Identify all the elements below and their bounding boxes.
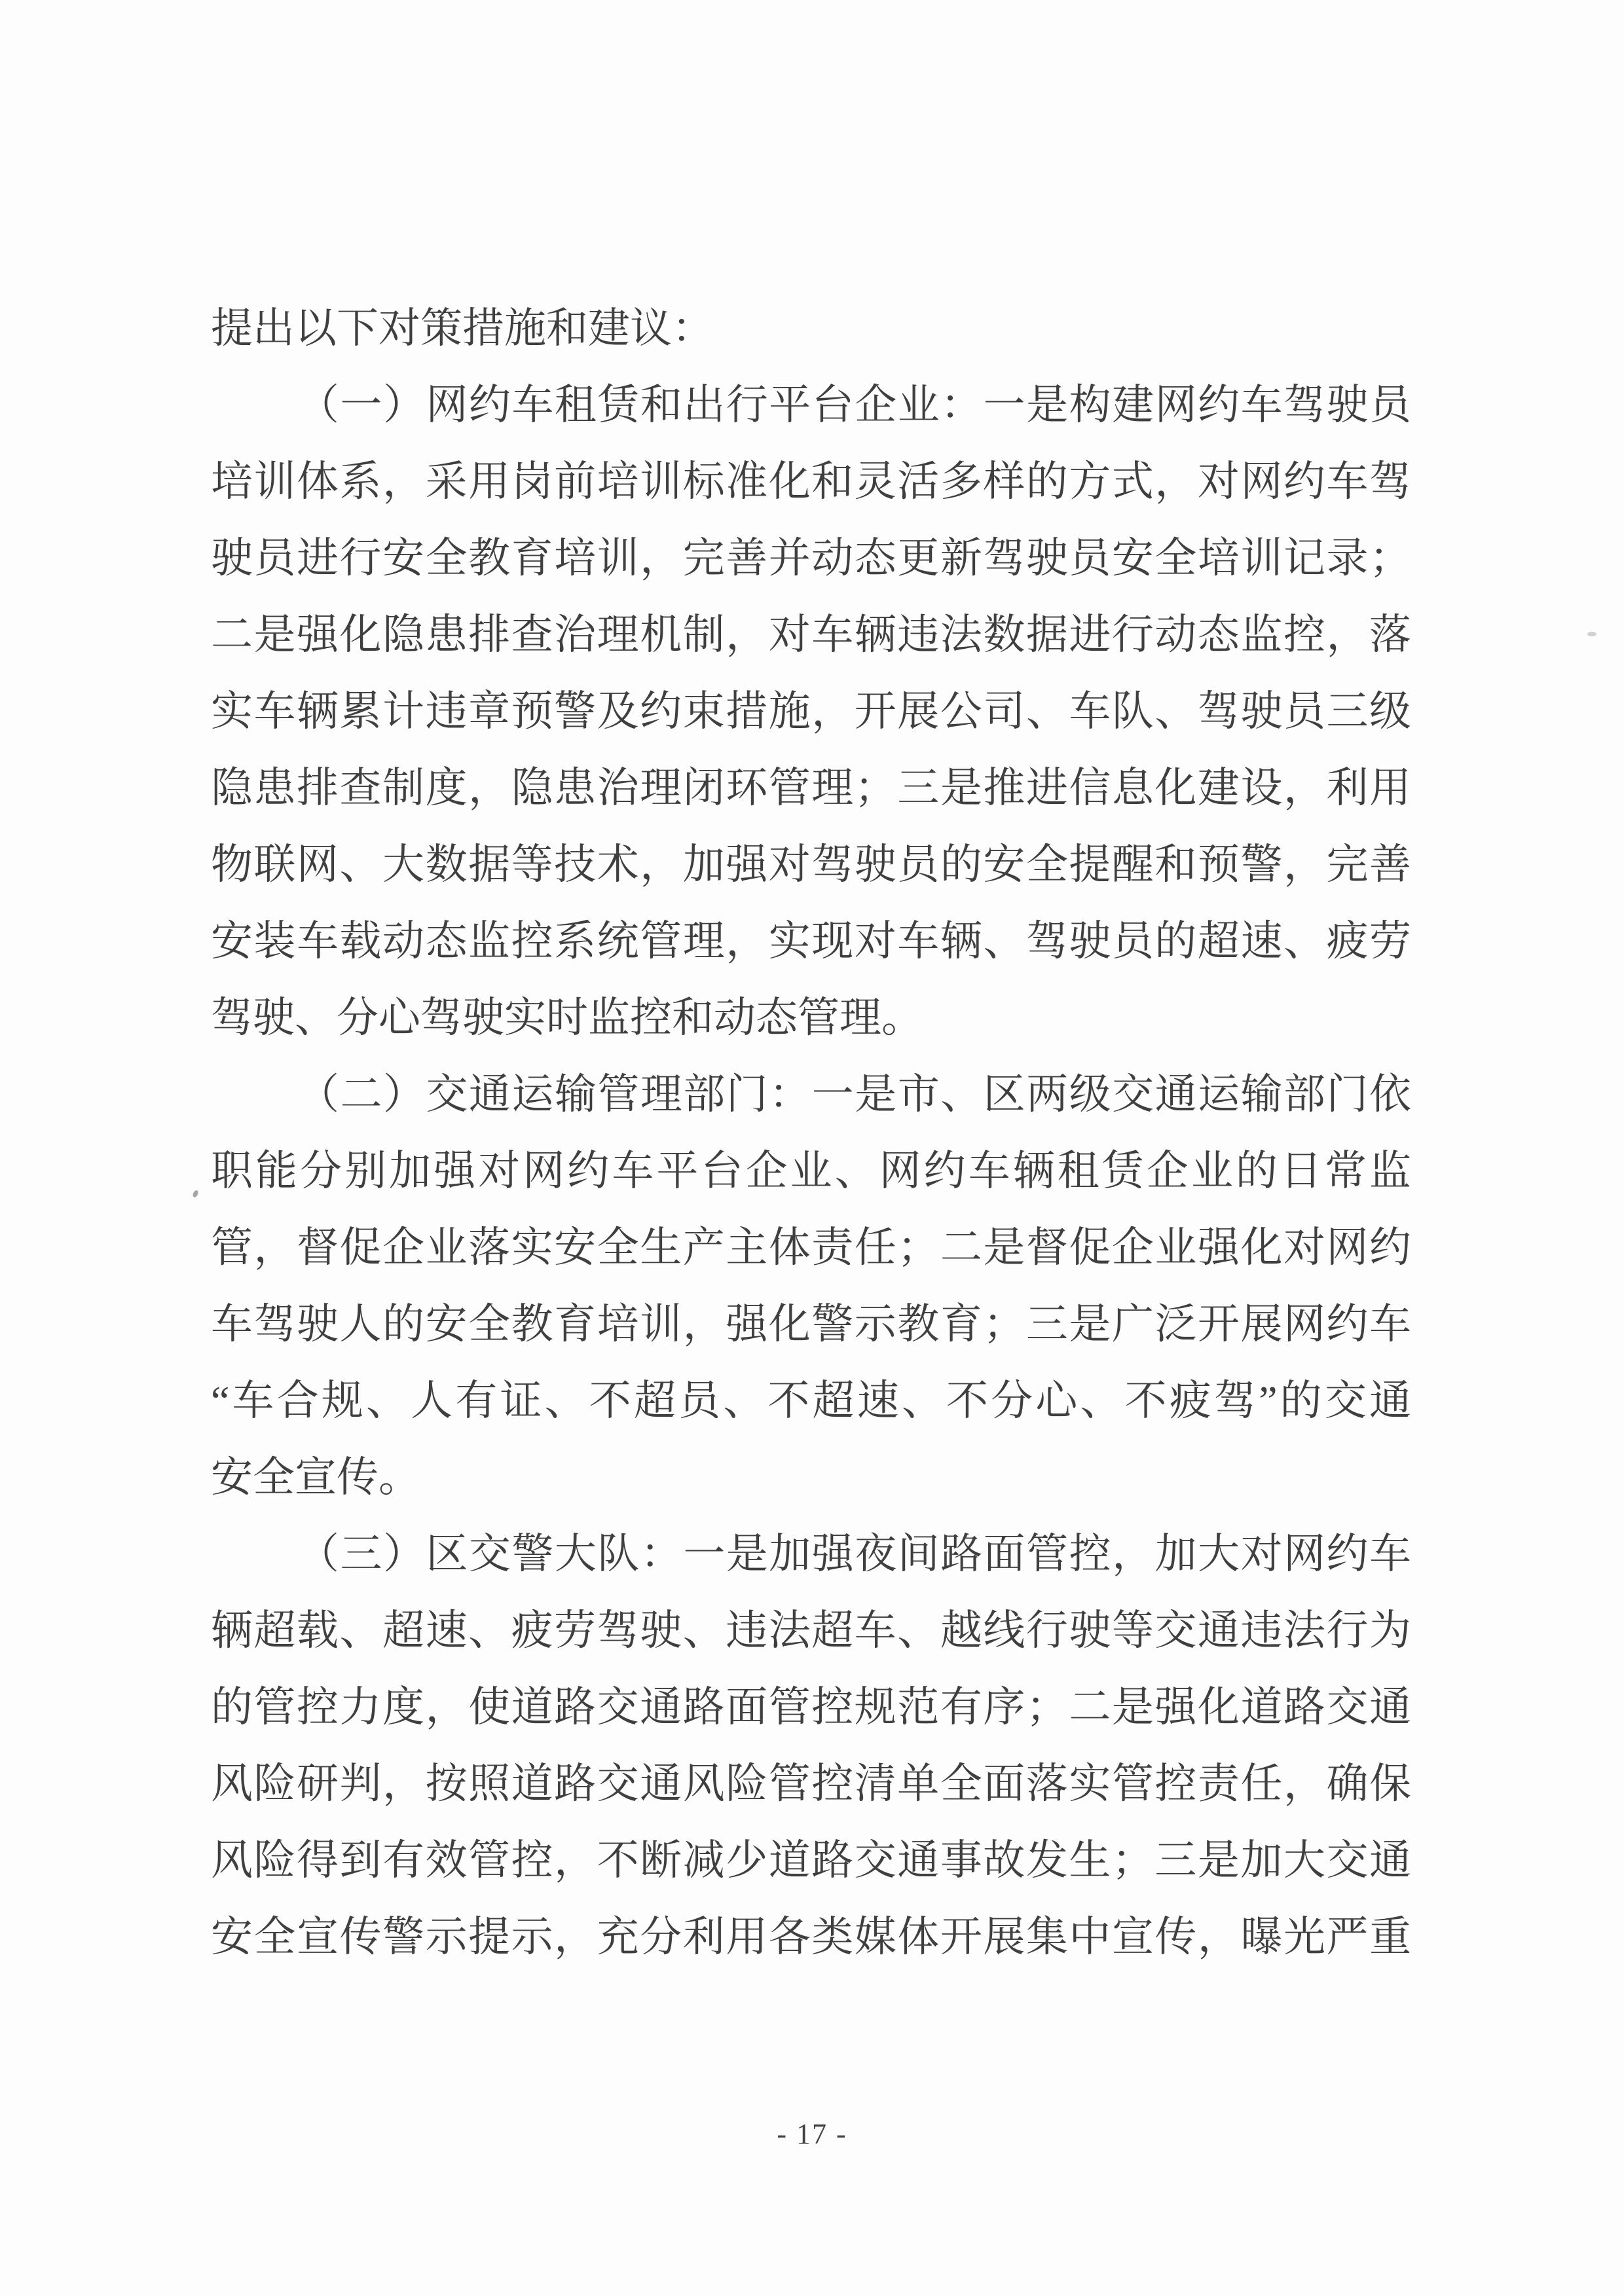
text-line: 安全宣传。 — [211, 1439, 1411, 1516]
text-line: （三）区交警大队：一是加强夜间路面管控，加大对网约车 — [211, 1516, 1411, 1592]
text-line: 职能分别加强对网约车平台企业、网约车辆租赁企业的日常监 — [211, 1133, 1411, 1209]
text-line: 的管控力度，使道路交通路面管控规范有序；二是强化道路交通 — [211, 1669, 1411, 1745]
scan-speck-right — [1587, 632, 1596, 636]
document-body: 提出以下对策措施和建议： （一）网约车租赁和出行平台企业：一是构建网约车驾驶员 … — [211, 290, 1411, 1975]
text-line: 安装车载动态监控系统管理，实现对车辆、驾驶员的超速、疲劳 — [211, 903, 1411, 979]
text-line: 车驾驶人的安全教育培训，强化警示教育；三是广泛开展网约车 — [211, 1286, 1411, 1362]
text-line: （二）交通运输管理部门：一是市、区两级交通运输部门依 — [211, 1056, 1411, 1133]
text-line: 风险得到有效管控，不断减少道路交通事故发生；三是加大交通 — [211, 1822, 1411, 1899]
text-line: 辆超载、超速、疲劳驾驶、违法超车、越线行驶等交通违法行为 — [211, 1592, 1411, 1669]
text-line: 培训体系，采用岗前培训标准化和灵活多样的方式，对网约车驾 — [211, 443, 1411, 520]
text-line: 隐患排查制度，隐患治理闭环管理；三是推进信息化建设，利用 — [211, 750, 1411, 826]
page-number: - 17 - — [0, 2117, 1624, 2151]
document-page: 提出以下对策措施和建议： （一）网约车租赁和出行平台企业：一是构建网约车驾驶员 … — [0, 0, 1624, 2296]
text-line: 提出以下对策措施和建议： — [211, 290, 1411, 367]
scan-speck-left — [192, 1190, 198, 1198]
text-line: 物联网、大数据等技术，加强对驾驶员的安全提醒和预警，完善 — [211, 826, 1411, 903]
text-line: （一）网约车租赁和出行平台企业：一是构建网约车驾驶员 — [211, 367, 1411, 443]
text-line: 实车辆累计违章预警及约束措施，开展公司、车队、驾驶员三级 — [211, 673, 1411, 750]
text-line: 驾驶、分心驾驶实时监控和动态管理。 — [211, 979, 1411, 1056]
text-line: 管，督促企业落实安全生产主体责任；二是督促企业强化对网约 — [211, 1209, 1411, 1286]
text-line: 驶员进行安全教育培训，完善并动态更新驾驶员安全培训记录； — [211, 520, 1411, 596]
text-line: “车合规、人有证、不超员、不超速、不分心、不疲驾”的交通 — [211, 1362, 1411, 1439]
text-line: 安全宣传警示提示，充分利用各类媒体开展集中宣传，曝光严重 — [211, 1899, 1411, 1975]
text-line: 风险研判，按照道路交通风险管控清单全面落实管控责任，确保 — [211, 1745, 1411, 1822]
text-line: 二是强化隐患排查治理机制，对车辆违法数据进行动态监控，落 — [211, 596, 1411, 673]
